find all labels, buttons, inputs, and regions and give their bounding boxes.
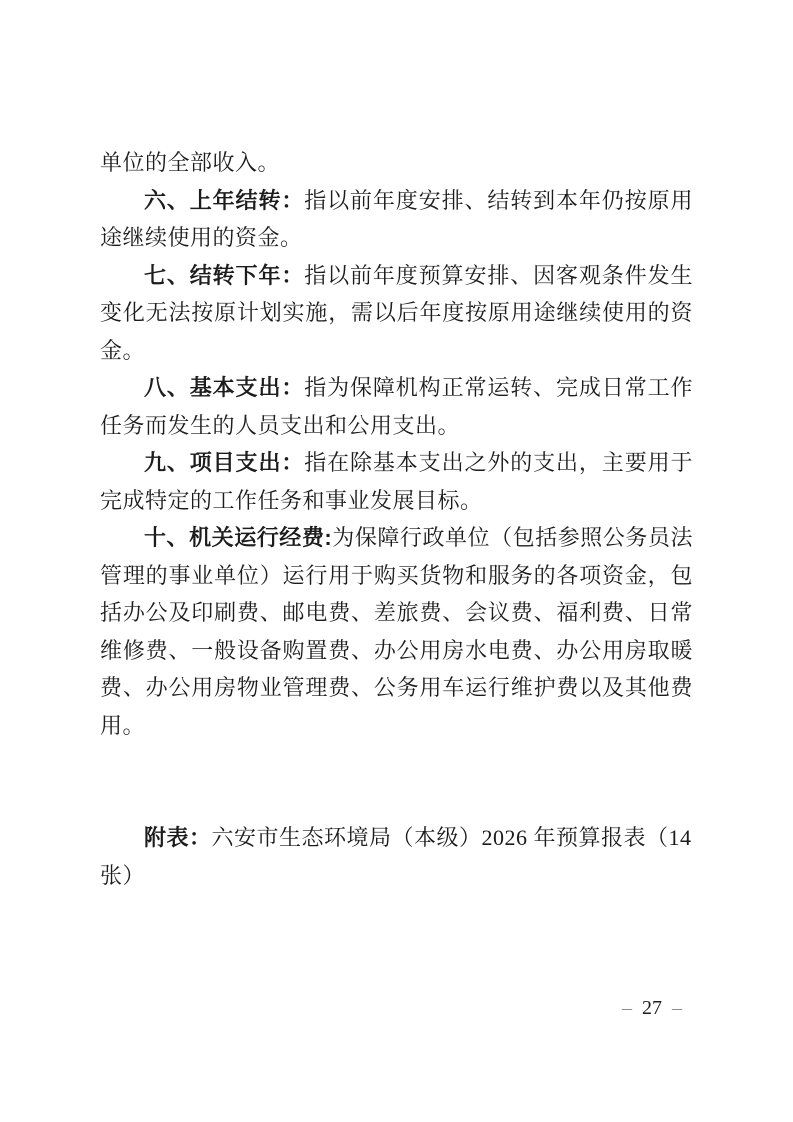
- line-text: 括办公及印刷费、邮电费、差旅费、会议费、福利费、日常: [100, 600, 693, 625]
- text-line: 金。: [100, 332, 693, 370]
- line-text: 用。: [100, 713, 145, 738]
- text-line: 维修费、一般设备购置费、办公用房水电费、办公用房取暖: [100, 632, 693, 670]
- line-text: 指在除基本支出之外的支出，主要用于: [304, 450, 693, 475]
- text-line: 用。: [100, 707, 693, 745]
- line-text: 指为保障机构正常运转、完成日常工作: [304, 375, 693, 400]
- line-text: 完成特定的工作任务和事业发展目标。: [100, 488, 483, 513]
- text-line: 完成特定的工作任务和事业发展目标。: [100, 482, 693, 520]
- text-line: 任务而发生的人员支出和公用支出。: [100, 407, 693, 445]
- text-line: 管理的事业单位）运行用于购买货物和服务的各项资金，包: [100, 557, 693, 595]
- line-text: 变化无法按原计划实施，需以后年度按原用途继续使用的资: [100, 300, 693, 325]
- line-text: 金。: [100, 338, 145, 363]
- line-text: 为保障行政单位（包括参照公务员法: [332, 525, 693, 550]
- line-text: 指以前年度预算安排、因客观条件发生: [304, 263, 693, 288]
- text-line-appendix: 附表：六安市生态环境局（本级）2026 年预算报表（14: [100, 819, 693, 857]
- text-line: 六、上年结转：指以前年度安排、结转到本年仍按原用: [100, 182, 693, 220]
- text-line: 八、基本支出：指为保障机构正常运转、完成日常工作: [100, 369, 693, 407]
- term-label: 七、结转下年：: [144, 263, 304, 288]
- document-body: 单位的全部收入。 六、上年结转：指以前年度安排、结转到本年仍按原用 途继续使用的…: [100, 144, 693, 894]
- document-page: 单位的全部收入。 六、上年结转：指以前年度安排、结转到本年仍按原用 途继续使用的…: [0, 0, 793, 1122]
- line-text: 费、办公用房物业管理费、公务用车运行维护费以及其他费: [100, 675, 693, 700]
- text-line: 十、机关运行经费:为保障行政单位（包括参照公务员法: [100, 519, 693, 557]
- term-label: 九、项目支出：: [144, 450, 304, 475]
- text-line: 张）: [100, 857, 693, 895]
- text-line: 单位的全部收入。: [100, 144, 693, 182]
- line-text: 张）: [100, 863, 145, 888]
- line-text: 维修费、一般设备购置费、办公用房水电费、办公用房取暖: [100, 638, 693, 663]
- line-text: 途继续使用的资金。: [100, 225, 303, 250]
- page-number-value: 27: [642, 997, 662, 1019]
- term-label: 六、上年结转：: [144, 188, 304, 213]
- appendix-label: 附表：: [144, 825, 212, 850]
- line-text: 任务而发生的人员支出和公用支出。: [100, 413, 460, 438]
- page-number: –27–: [622, 995, 682, 1021]
- text-line: 变化无法按原计划实施，需以后年度按原用途继续使用的资: [100, 294, 693, 332]
- term-label: 八、基本支出：: [144, 375, 304, 400]
- text-line: 括办公及印刷费、邮电费、差旅费、会议费、福利费、日常: [100, 594, 693, 632]
- line-text: 六安市生态环境局（本级）2026 年预算报表（14: [212, 825, 692, 850]
- line-text: 指以前年度安排、结转到本年仍按原用: [304, 188, 693, 213]
- term-label: 十、机关运行经费:: [144, 525, 332, 550]
- page-number-dash-right: –: [672, 997, 682, 1019]
- line-text: 单位的全部收入。: [100, 150, 280, 175]
- page-number-dash-left: –: [622, 997, 632, 1019]
- text-line: 九、项目支出：指在除基本支出之外的支出，主要用于: [100, 444, 693, 482]
- text-line: 费、办公用房物业管理费、公务用车运行维护费以及其他费: [100, 669, 693, 707]
- text-line: 途继续使用的资金。: [100, 219, 693, 257]
- line-text: 管理的事业单位）运行用于购买货物和服务的各项资金，包: [100, 563, 693, 588]
- text-line: 七、结转下年：指以前年度预算安排、因客观条件发生: [100, 257, 693, 295]
